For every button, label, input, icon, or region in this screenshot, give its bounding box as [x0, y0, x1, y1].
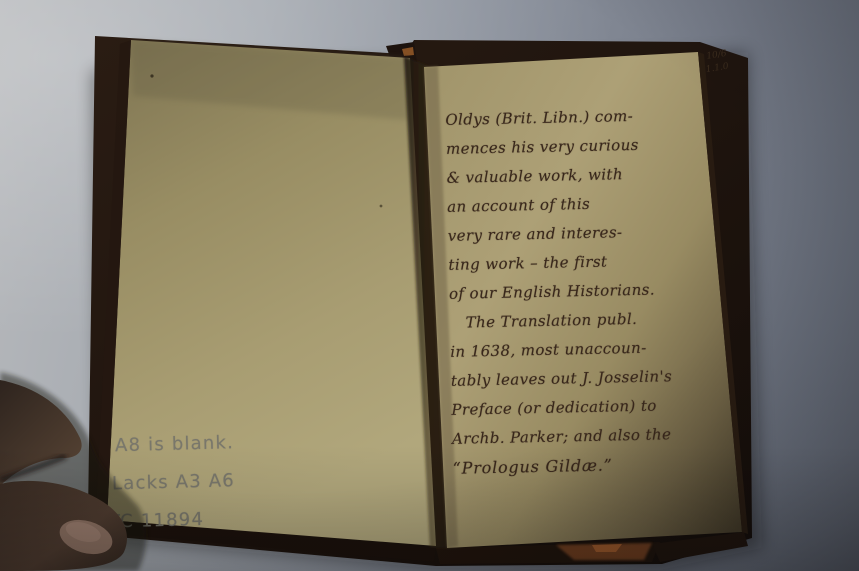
photo-of-open-antique-book: Oldys (Brit. Libn.) com- mences his very…	[0, 0, 859, 571]
hand	[0, 0, 859, 571]
